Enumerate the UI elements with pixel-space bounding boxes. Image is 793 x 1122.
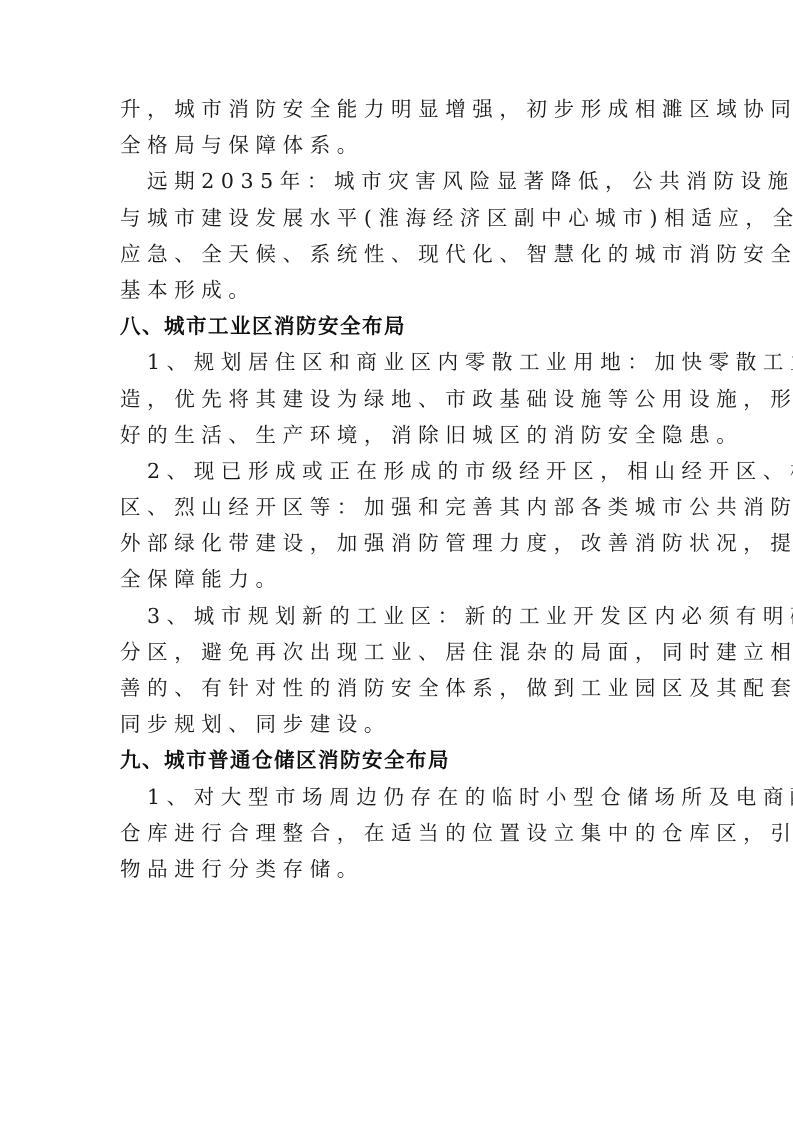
text-line: 区、烈山经开区等：加强和完善其内部各类城市公共消防设施以及	[120, 489, 676, 525]
text-line: 全保障能力。	[120, 561, 676, 597]
text-line: 应急、全天候、系统性、现代化、智慧化的城市消防安全保障体系	[120, 236, 676, 272]
text-line: 外部绿化带建设，加强消防管理力度，改善消防状况，提高消防安	[120, 525, 676, 561]
paragraph-item-3: 3、城市规划新的工业区：新的工业开发区内必须有明确的功能 分区，避免再次出现工业…	[120, 598, 676, 743]
paragraph-item-1: 1、规划居住区和商业区内零散工业用地：加快零散工业企业改 造，优先将其建设为绿地…	[120, 344, 676, 453]
text-line: 同步规划、同步建设。	[120, 706, 676, 742]
paragraph-item-2: 2、现已形成或正在形成的市级经开区，相山经开区、杜集经开 区、烈山经开区等：加强…	[120, 453, 676, 598]
text-line: 仓库进行合理整合，在适当的位置设立集中的仓库区，引导商户将	[120, 815, 676, 851]
text-line: 1、对大型市场周边仍存在的临时小型仓储场所及电商配送中转	[120, 779, 676, 815]
text-line: 2、现已形成或正在形成的市级经开区，相山经开区、杜集经开	[120, 453, 676, 489]
paragraph: 升，城市消防安全能力明显增强，初步形成相濉区域协同的消防安 全格局与保障体系。	[120, 91, 676, 163]
text-line: 善的、有针对性的消防安全体系，做到工业园区及其配套消防设施	[120, 670, 676, 706]
section-heading-warehouse: 九、城市普通仓储区消防安全布局	[120, 742, 676, 778]
text-line: 3、城市规划新的工业区：新的工业开发区内必须有明确的功能	[120, 598, 676, 634]
text-line: 升，城市消防安全能力明显增强，初步形成相濉区域协同的消防安	[120, 91, 676, 127]
section-heading-industrial: 八、城市工业区消防安全布局	[120, 308, 676, 344]
text-line: 好的生活、生产环境，消除旧城区的消防安全隐患。	[120, 417, 676, 453]
text-line: 1、规划居住区和商业区内零散工业用地：加快零散工业企业改	[120, 344, 676, 380]
text-line: 分区，避免再次出现工业、居住混杂的局面，同时建立相应的、完	[120, 634, 676, 670]
text-line: 全格局与保障体系。	[120, 127, 676, 163]
text-line: 物品进行分类存储。	[120, 851, 676, 887]
text-line: 基本形成。	[120, 272, 676, 308]
text-line: 与城市建设发展水平(淮海经济区副中心城市)相适应，全灾种、大	[120, 200, 676, 236]
paragraph-warehouse-item-1: 1、对大型市场周边仍存在的临时小型仓储场所及电商配送中转 仓库进行合理整合，在适…	[120, 779, 676, 888]
document-page: 升，城市消防安全能力明显增强，初步形成相濉区域协同的消防安 全格局与保障体系。 …	[120, 91, 676, 887]
text-line: 远期2035年：城市灾害风险显著降低，公共消防设施建设水平	[120, 163, 676, 199]
text-line: 造，优先将其建设为绿地、市政基础设施等公用设施，形成城市良	[120, 381, 676, 417]
paragraph-long-term-2035: 远期2035年：城市灾害风险显著降低，公共消防设施建设水平 与城市建设发展水平(…	[120, 163, 676, 308]
